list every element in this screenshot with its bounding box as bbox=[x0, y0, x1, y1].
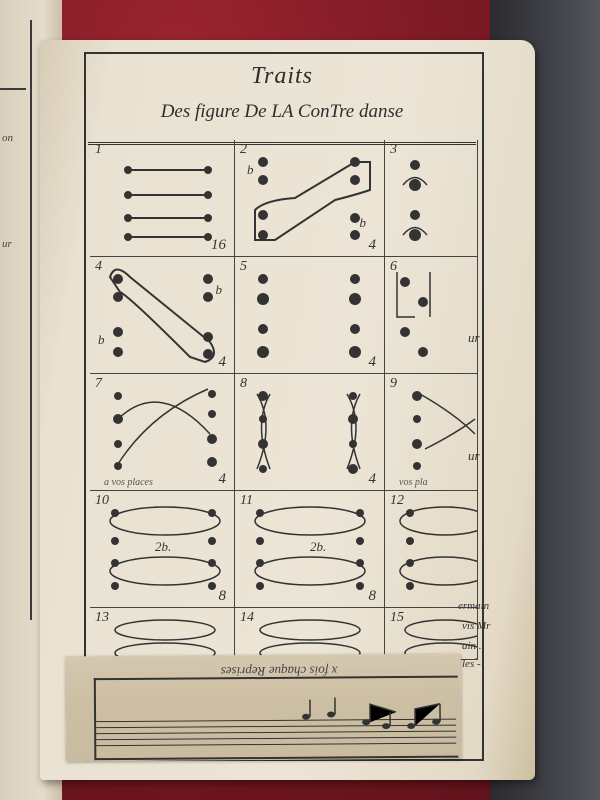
bar-count: 4 bbox=[219, 471, 227, 488]
page-subtitle: Des figure De LA ConTre danse bbox=[88, 101, 476, 123]
pasted-music-strip: x fois chaque Reprises bbox=[66, 654, 462, 762]
figure-cell: 7 a vos places 4 bbox=[90, 374, 235, 491]
dance-path-icon bbox=[385, 257, 478, 374]
mark-b: b bbox=[98, 332, 105, 348]
dance-loop-icon bbox=[90, 608, 235, 660]
figure-cell: 9 vos pla bbox=[385, 374, 478, 491]
bar-count: 16 bbox=[211, 237, 226, 254]
bar-count: 8 bbox=[369, 588, 377, 605]
mark-2b: 2b. bbox=[310, 539, 326, 555]
margin-text: ur bbox=[468, 330, 480, 346]
upside-down-text: x fois chaque Reprises bbox=[221, 662, 338, 679]
bar-count: 8 bbox=[219, 588, 227, 605]
dance-loop-icon bbox=[235, 608, 385, 660]
dance-symbols-icon bbox=[235, 257, 385, 374]
margin-text: ain . bbox=[462, 640, 482, 652]
dance-loop-icon bbox=[385, 491, 478, 608]
dance-path-icon bbox=[385, 374, 478, 491]
margin-text: vis Mr bbox=[462, 620, 490, 632]
figure-cell: 12 bbox=[385, 491, 478, 608]
margin-text: ermain bbox=[458, 600, 489, 612]
figure-cell: 10 2b. 8 bbox=[90, 491, 235, 608]
dance-path-icon bbox=[90, 257, 235, 374]
mark-2b: 2b. bbox=[155, 539, 171, 555]
figure-cell: 5 4 bbox=[235, 257, 385, 374]
dance-braid-icon bbox=[235, 374, 385, 491]
bar-count: 4 bbox=[369, 354, 377, 371]
figure-cell: 11 2b. 8 bbox=[235, 491, 385, 608]
bar-count: 4 bbox=[219, 354, 227, 371]
figure-cell: 6 bbox=[385, 257, 478, 374]
left-page-rule bbox=[0, 88, 26, 94]
left-page-text: on bbox=[2, 132, 13, 144]
figure-cell: 13 bbox=[90, 608, 235, 660]
figure-cell: 15 bbox=[385, 608, 478, 660]
figure-cell: 3 bbox=[385, 140, 478, 257]
mark-b: b bbox=[247, 162, 254, 178]
dance-path-icon bbox=[90, 374, 235, 491]
bar-count: 4 bbox=[369, 237, 377, 254]
bar-count: 4 bbox=[369, 471, 377, 488]
mark-b: b bbox=[360, 215, 367, 231]
figure-cell: 8 4 bbox=[235, 374, 385, 491]
figure-note: a vos places bbox=[104, 477, 153, 488]
dance-path-icon bbox=[235, 140, 385, 257]
mark-b: b bbox=[216, 282, 223, 298]
figure-cell: 1 16 bbox=[90, 140, 235, 257]
title-box: Traits Des figure De LA ConTre danse bbox=[88, 57, 476, 145]
figure-grid: 1 16 2 b b 4 3 4 b b 4 bbox=[90, 140, 478, 660]
dance-symbols-icon bbox=[385, 140, 478, 257]
left-page-border bbox=[0, 20, 32, 620]
margin-text: ur bbox=[468, 448, 480, 464]
figure-cell: 4 b b 4 bbox=[90, 257, 235, 374]
figure-note: vos pla bbox=[399, 477, 428, 488]
page-title: Traits bbox=[88, 63, 476, 90]
music-notes-icon bbox=[286, 694, 456, 755]
figure-cell: 14 bbox=[235, 608, 385, 660]
left-page-text: ur bbox=[2, 238, 12, 250]
margin-text: les - bbox=[462, 658, 481, 670]
dance-loop-icon bbox=[385, 608, 478, 660]
figure-cell: 2 b b 4 bbox=[235, 140, 385, 257]
